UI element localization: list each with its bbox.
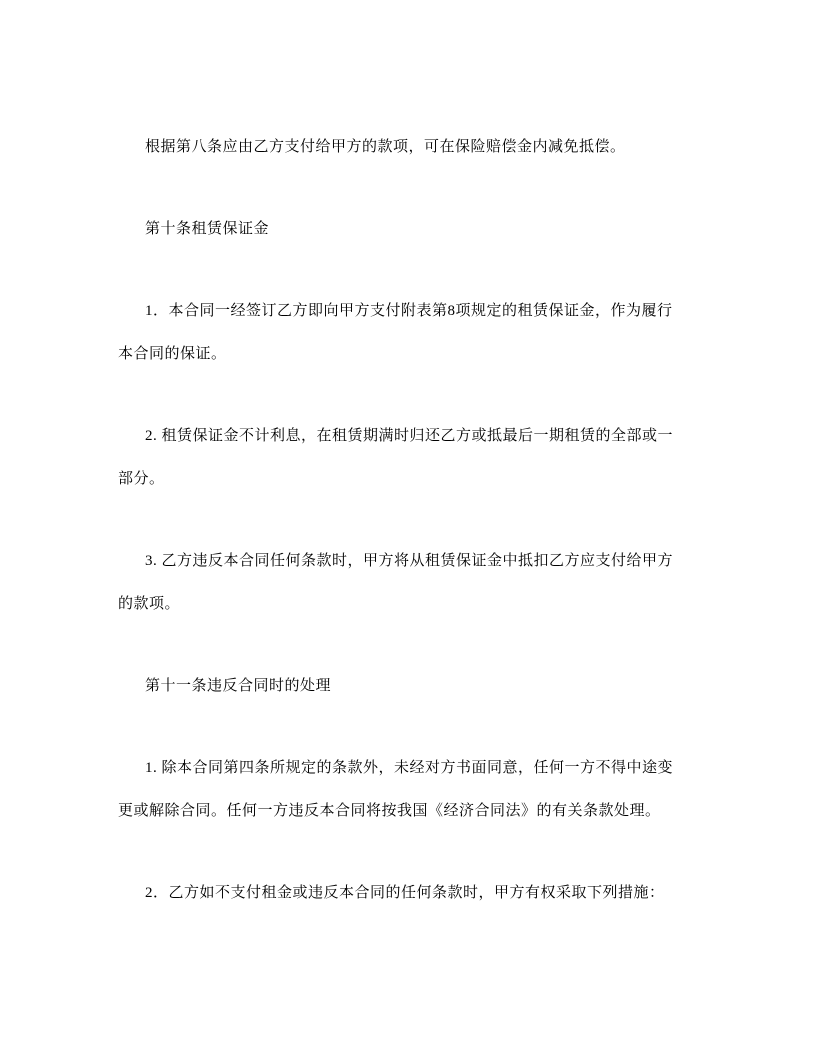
contract-clause-5: 2．乙方如不支付租金或违反本合同的任何条款时，甲方有权采取下列措施：	[118, 872, 698, 915]
text-line: 更或解除合同。任何一方违反本合同将按我国《经济合同法》的有关条款处理。	[118, 790, 698, 833]
text-line: 的款项。	[118, 583, 698, 626]
text-line: 1. 除本合同第四条所规定的条款外，未经对方书面同意，任何一方不得中途变	[118, 747, 698, 790]
section-heading-article-11: 第十一条违反合同时的处理	[118, 665, 698, 708]
contract-clause-2: 2. 租赁保证金不计利息，在租赁期满时归还乙方或抵最后一期租赁的全部或一 部分。	[118, 415, 698, 501]
contract-clause-3: 3. 乙方违反本合同任何条款时，甲方将从租赁保证金中抵扣乙方应支付给甲方 的款项…	[118, 540, 698, 626]
section-heading-article-10: 第十条租赁保证金	[118, 208, 698, 251]
contract-paragraph: 根据第八条应由乙方支付给甲方的款项，可在保险赔偿金内减免抵偿。	[118, 126, 698, 169]
text-line: 本合同的保证。	[118, 333, 698, 376]
text-line: 2．乙方如不支付租金或违反本合同的任何条款时，甲方有权采取下列措施：	[118, 872, 698, 915]
contract-document-page: 根据第八条应由乙方支付给甲方的款项，可在保险赔偿金内减免抵偿。 第十条租赁保证金…	[0, 0, 816, 1056]
text-line: 部分。	[118, 458, 698, 501]
text-line: 3. 乙方违反本合同任何条款时，甲方将从租赁保证金中抵扣乙方应支付给甲方	[118, 540, 698, 583]
text-line: 第十条租赁保证金	[118, 208, 698, 251]
text-line: 2. 租赁保证金不计利息，在租赁期满时归还乙方或抵最后一期租赁的全部或一	[118, 415, 698, 458]
text-line: 1．本合同一经签订乙方即向甲方支付附表第8项规定的租赁保证金，作为履行	[118, 290, 698, 333]
contract-clause-1: 1．本合同一经签订乙方即向甲方支付附表第8项规定的租赁保证金，作为履行 本合同的…	[118, 290, 698, 376]
contract-clause-4: 1. 除本合同第四条所规定的条款外，未经对方书面同意，任何一方不得中途变 更或解…	[118, 747, 698, 833]
text-line: 第十一条违反合同时的处理	[118, 665, 698, 708]
text-line: 根据第八条应由乙方支付给甲方的款项，可在保险赔偿金内减免抵偿。	[118, 126, 698, 169]
